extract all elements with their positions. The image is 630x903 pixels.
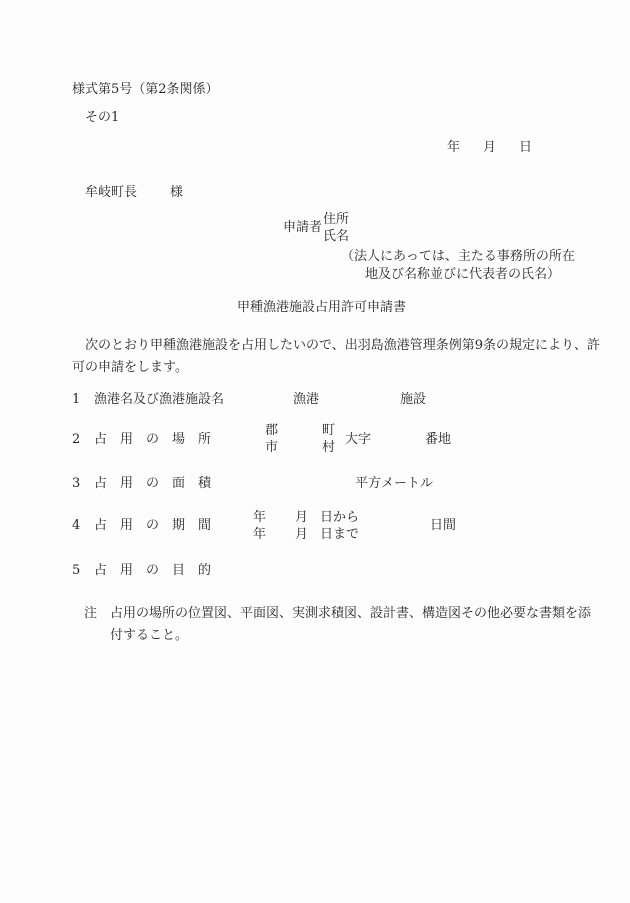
item2-banchi-label: 番地 (425, 433, 451, 448)
applicant-address-label: 住所 (323, 213, 349, 228)
body-line1: 次のとおり甲種漁港施設を占用したいので、出羽島漁港管理条例第9条の規定により、許 (85, 339, 600, 354)
item1-label: 漁港名及び漁港施設名 (94, 393, 224, 408)
form-number: 様式第5号（第2条関係） (72, 83, 219, 98)
date-line: 年 月 日 (447, 141, 532, 156)
item3-number: 3 (72, 477, 80, 492)
item4-to-year-label: 年 (253, 528, 266, 543)
item4-from-day-label: 日から (320, 511, 359, 526)
item4-from-month-label: 月 (295, 511, 308, 526)
item4-from-year-label: 年 (253, 511, 266, 526)
note-marker: 注 (84, 607, 97, 622)
body-line2: 可の申請をします。 (72, 361, 188, 376)
applicant-label: 申請者 (283, 221, 322, 236)
item4-label: 占 用 の 期 間 (94, 519, 211, 534)
item5-label: 占 用 の 目 的 (94, 564, 211, 579)
note-line2: 付すること。 (110, 629, 188, 644)
corporate-note-line1: （法人にあっては、主たる事務所の所在 (341, 250, 575, 265)
date-year-label: 年 (447, 141, 460, 156)
note-line1: 占用の場所の位置図、平面図、実測求積図、設計書、構造図その他必要な書類を添 (110, 607, 591, 622)
item1-fishing-port-suffix: 漁港 (293, 393, 319, 408)
item4-to-month-label: 月 (295, 528, 308, 543)
item2-city-label: 市 (265, 441, 278, 456)
item2-town-label: 町 (322, 424, 335, 439)
corporate-note-line2: 地及び名称並びに代表者の氏名） (365, 268, 560, 283)
form-part: その1 (85, 111, 119, 126)
item1-facility-suffix: 施設 (400, 393, 426, 408)
item4-to-day-label: 日まで (320, 528, 359, 543)
item3-label: 占 用 の 面 積 (94, 477, 211, 492)
application-form-page: 様式第5号（第2条関係） その1 年 月 日 牟岐町長 様 申請者 住所 氏名 … (0, 0, 630, 903)
item2-county-label: 郡 (265, 424, 278, 439)
item2-label: 占 用 の 場 所 (94, 433, 211, 448)
date-day-label: 日 (519, 141, 532, 156)
item4-duration-unit-label: 日間 (430, 519, 456, 534)
document-title: 甲種漁港施設占用許可申請書 (237, 301, 406, 316)
item2-number: 2 (72, 433, 80, 448)
addressee-line: 牟岐町長 様 (85, 186, 183, 201)
addressee-name: 牟岐町長 (85, 186, 137, 201)
item1-number: 1 (72, 393, 80, 408)
applicant-name-label: 氏名 (323, 230, 349, 245)
item5-number: 5 (72, 564, 80, 579)
item2-oaza-label: 大字 (345, 433, 371, 448)
item2-village-label: 村 (322, 441, 335, 456)
date-month-label: 月 (483, 141, 496, 156)
addressee-honorific: 様 (170, 186, 183, 201)
item3-unit-label: 平方メートル (355, 477, 433, 492)
item4-number: 4 (72, 519, 80, 534)
